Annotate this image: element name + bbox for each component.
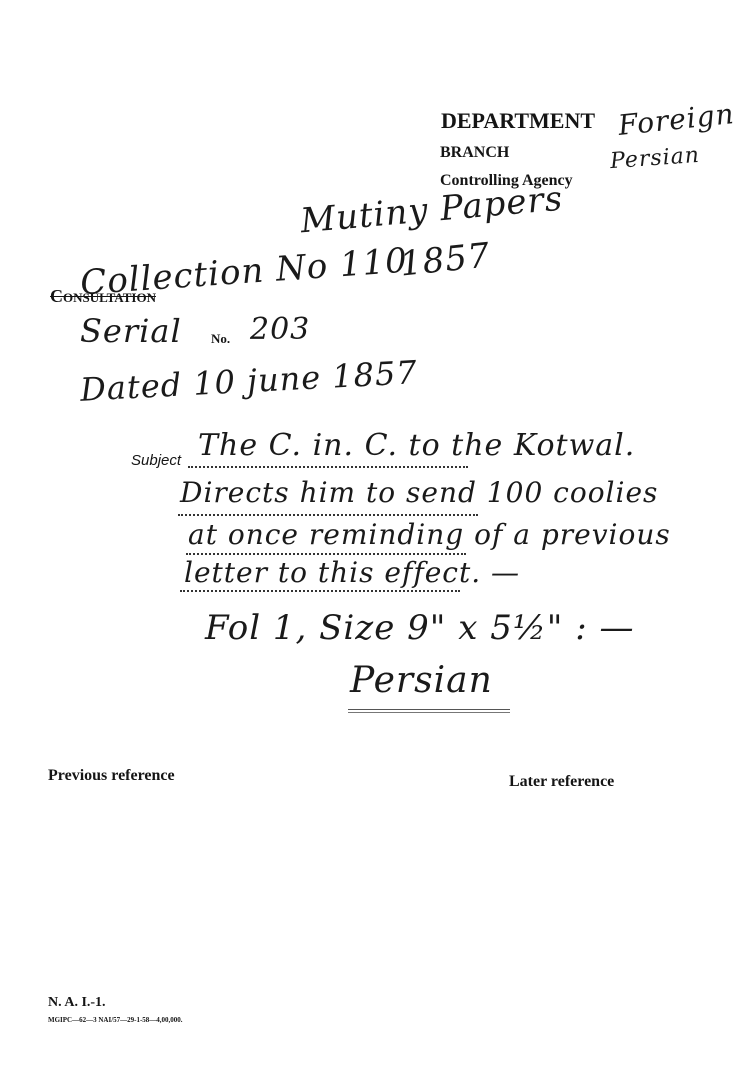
subject-label: Subject [131, 452, 181, 469]
serial-no-label: No. [211, 331, 230, 347]
branch-label: BRANCH [440, 144, 509, 162]
consultation-label: Consultation [50, 286, 156, 307]
subject-dotted-line-1 [188, 466, 468, 468]
printer-line: MGIPC—62—3 NAI/57—29-1-58—4,00,000. [48, 1016, 183, 1024]
language: Persian [350, 660, 493, 701]
agency-value: Mutiny Papers [299, 179, 565, 242]
department-label: DEPARTMENT [441, 108, 595, 134]
subject-line-1: The C. in. C. to the Kotwal. [198, 428, 635, 463]
previous-reference-label: Previous reference [48, 767, 175, 785]
department-value: Foreign [617, 97, 736, 142]
later-reference-label: Later reference [509, 773, 614, 791]
collection-year: 1857 [398, 235, 492, 284]
serial-prefix: Serial [80, 312, 182, 350]
serial-value: 203 [250, 312, 310, 347]
subject-dotted-line-3 [186, 553, 466, 555]
subject-dotted-line-4 [180, 590, 460, 592]
form-id: N. A. I.-1. [48, 995, 106, 1011]
dated-value: Dated 10 june 1857 [79, 353, 418, 409]
subject-line-3: at once reminding of a previous [188, 518, 671, 551]
language-underline [348, 709, 510, 713]
subject-line-2: Directs him to send 100 coolies [180, 476, 658, 509]
branch-value: Persian [609, 143, 700, 174]
folio-size: Fol 1, Size 9" x 5½" : — [205, 608, 635, 648]
subject-dotted-line-2 [178, 514, 478, 516]
subject-line-4: letter to this effect. — [184, 556, 520, 589]
